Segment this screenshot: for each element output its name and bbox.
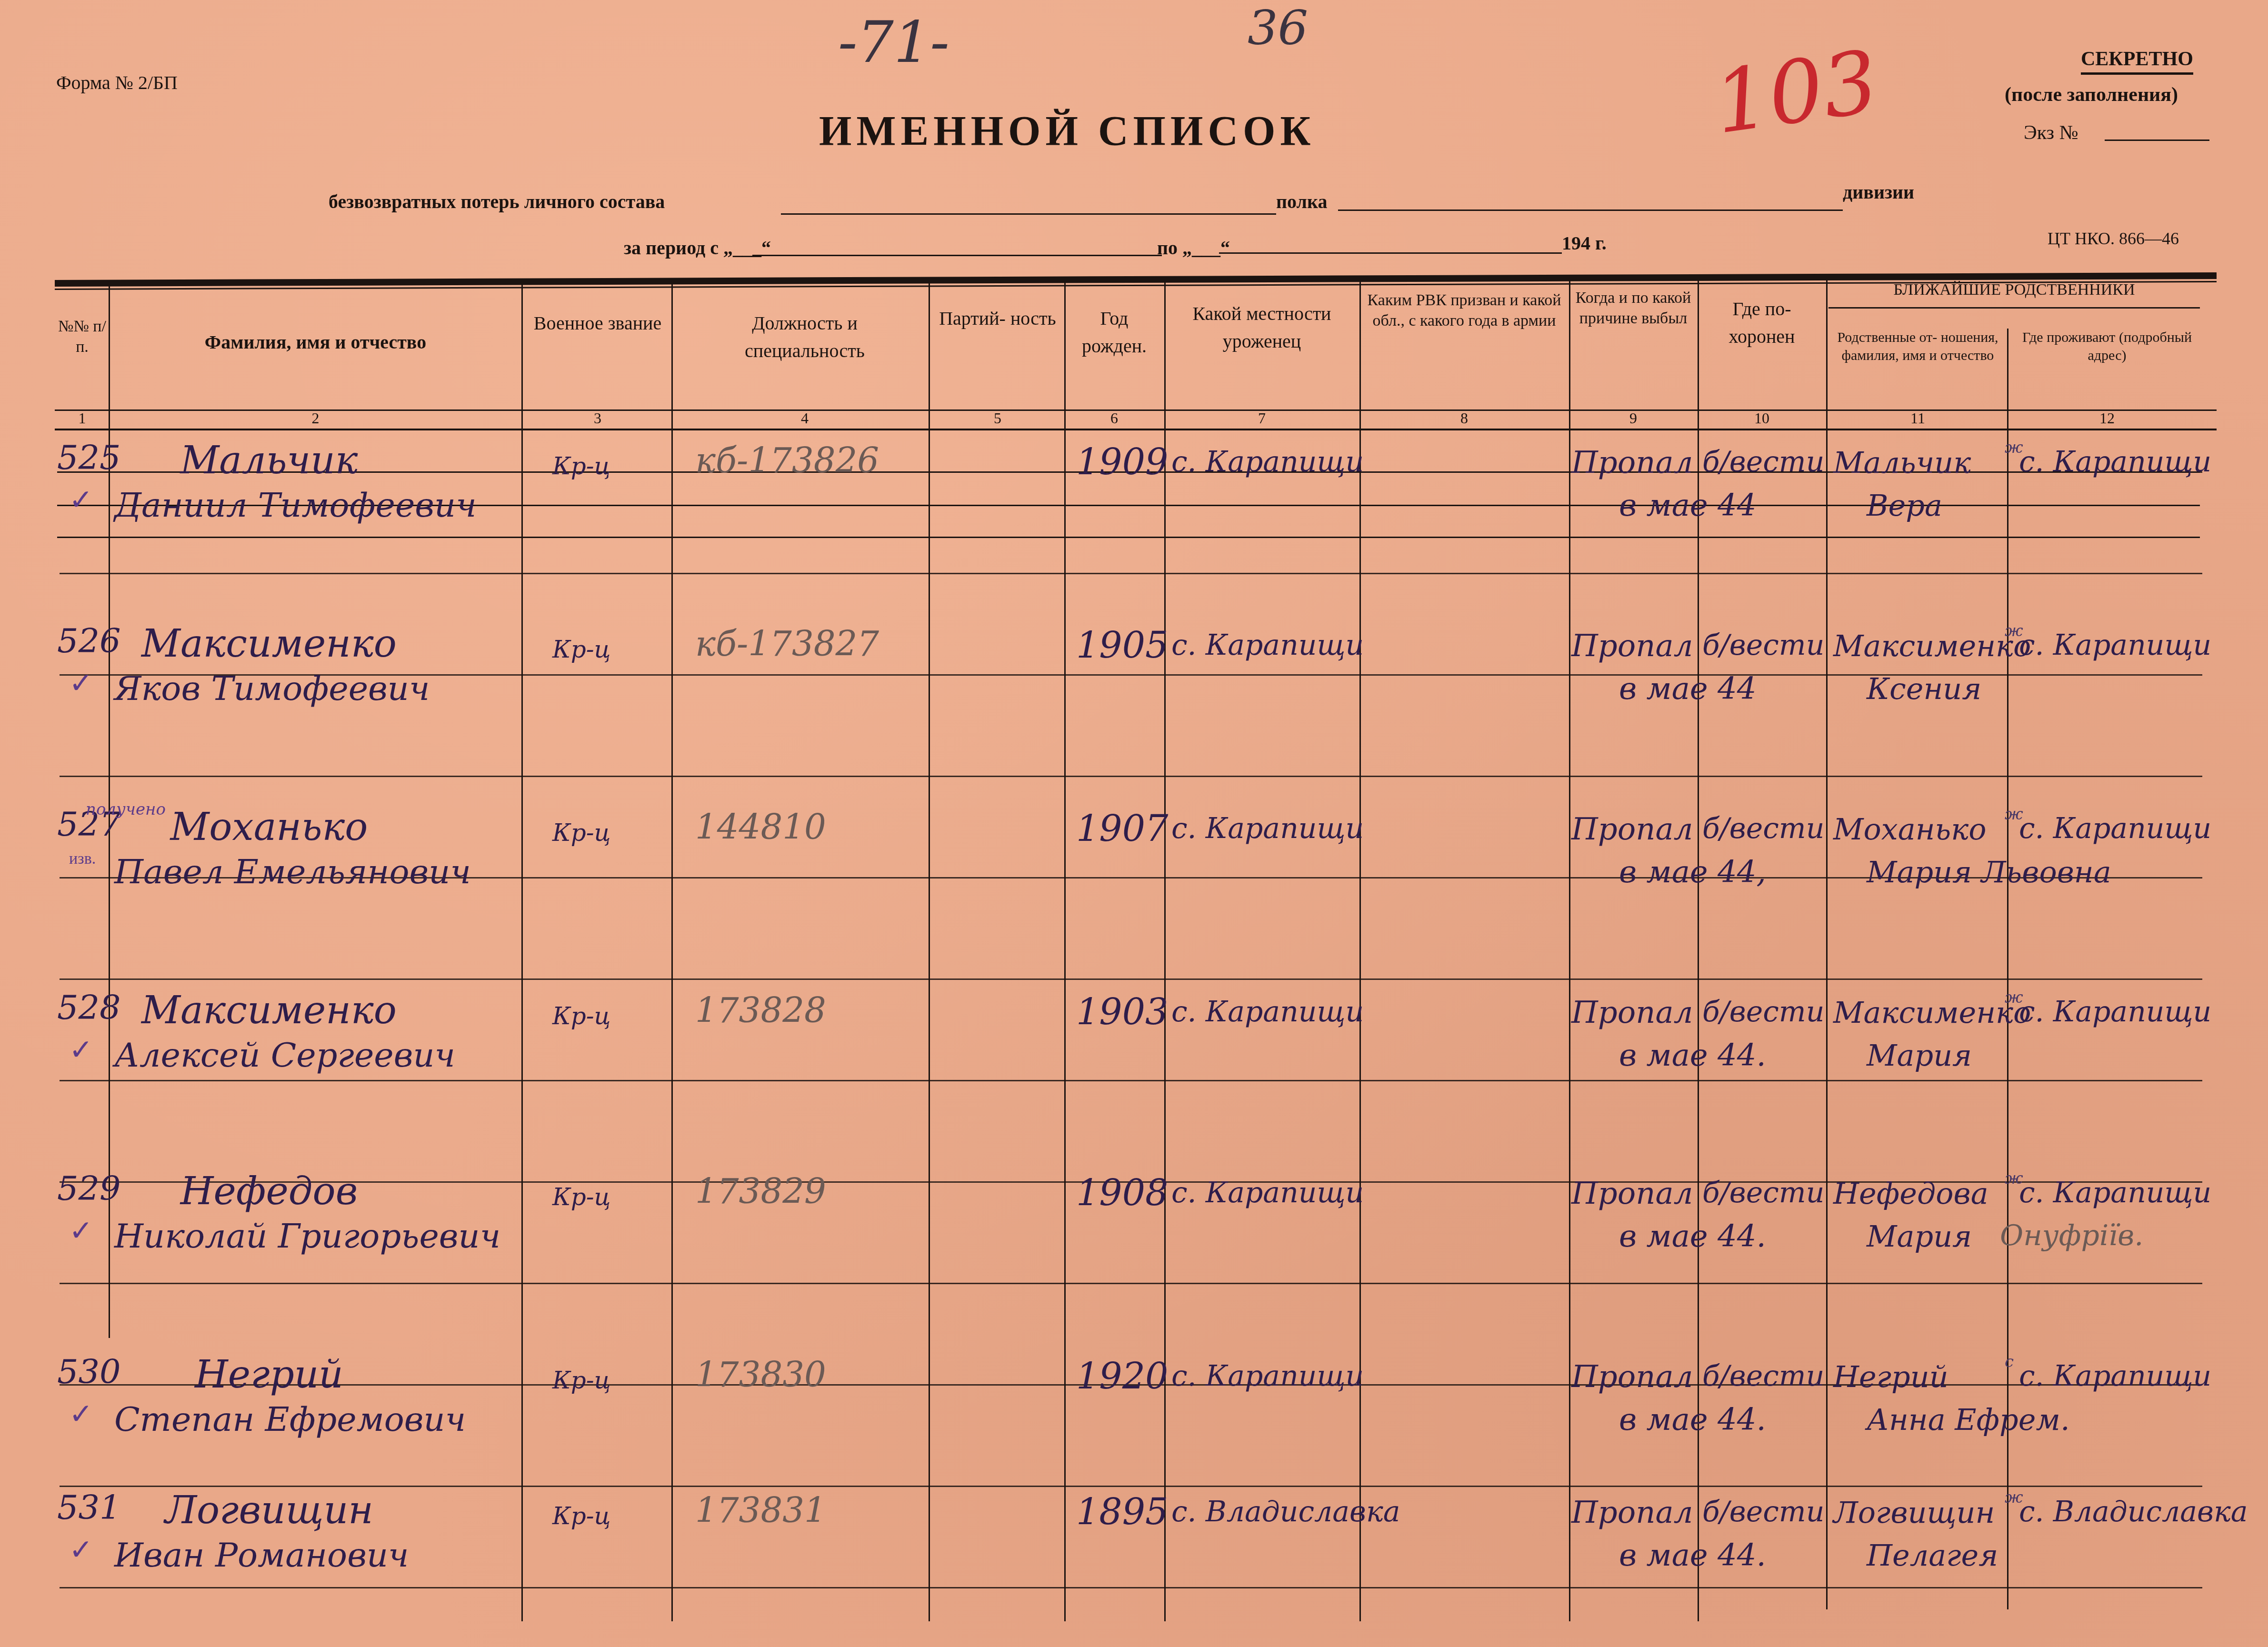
- col-header-name: Фамилия, имя и отчество: [112, 329, 519, 356]
- surname: Логвищин: [114, 1488, 424, 1532]
- relative-name: Мария: [1867, 1219, 1972, 1254]
- relative-address: с. Карапищи: [2019, 1176, 2211, 1209]
- birthplace: с. Карапищи: [1171, 445, 1364, 479]
- when-why-2: в мае 44: [1619, 671, 1756, 707]
- position-number: кб-173827: [695, 624, 879, 664]
- when-why-1: Пропал: [1571, 1359, 1693, 1395]
- col-number: 5: [933, 409, 1062, 427]
- relative-address: с. Карапищи: [2019, 629, 2211, 662]
- relative-name: Мария Львовна: [1867, 855, 2111, 889]
- relative-address: с. Карапищи: [2019, 812, 2211, 845]
- rank: Кр-ц: [552, 636, 611, 663]
- birth-year: 1895: [1076, 1490, 1168, 1533]
- relative-address: с. Карапищи: [2019, 995, 2211, 1028]
- address-extra: Онуфріїв.: [2000, 1219, 2143, 1252]
- row-number: 531: [57, 1488, 121, 1527]
- col-number: 1: [57, 409, 107, 427]
- given-names: Иван Романович: [114, 1536, 409, 1575]
- when-why-1: Пропал: [1571, 445, 1693, 480]
- rank: Кр-ц: [552, 1367, 611, 1394]
- when-why-2: в мае 44.: [1619, 1402, 1766, 1437]
- relative-surname: Мальчик: [1833, 445, 1971, 480]
- row-rule: [60, 1587, 2202, 1588]
- buried: б/вести: [1702, 1495, 1824, 1528]
- when-why-1: Пропал: [1571, 629, 1693, 664]
- colnum-bottom-rule: [55, 429, 2217, 430]
- row-rule: [60, 1283, 2202, 1284]
- check-mark: ✓: [69, 483, 93, 517]
- row-rule: [57, 537, 2200, 538]
- check-mark: ✓: [69, 1033, 93, 1067]
- relative-surname: Максименко: [1833, 995, 2031, 1030]
- col-header-address: Где проживают (подробный адрес): [2012, 329, 2202, 364]
- check-mark: изв.: [69, 850, 96, 868]
- regiment-fill-line: [1338, 210, 1843, 211]
- col-divider: [1826, 276, 1828, 1609]
- relative-surname: Максименко: [1833, 629, 2031, 663]
- when-why-2: в мае 44.: [1619, 1538, 1766, 1573]
- copy-number-label: Экз №: [2024, 121, 2078, 144]
- year-label: 194 г.: [1562, 232, 1607, 254]
- position-number: 173829: [695, 1171, 826, 1211]
- surname: Мальчик: [114, 438, 424, 482]
- col-header-number: №№ п/п.: [57, 317, 107, 357]
- surname: Нефедов: [114, 1169, 424, 1213]
- given-names: Степан Ефремович: [114, 1400, 466, 1439]
- given-names: Даниил Тимофеевич: [114, 486, 477, 525]
- col-divider: [1569, 279, 1570, 1621]
- relative-name: Мария: [1867, 1038, 1972, 1073]
- position-number: кб-173826: [695, 440, 879, 480]
- col-header-relation: Родственные от- ношения, фамилия, имя и …: [1831, 329, 2005, 364]
- relative-surname: Моханько: [1833, 812, 1987, 847]
- birthplace: с. Карапищи: [1171, 1359, 1364, 1393]
- col-header-relatives-group: БЛИЖАЙШИЕ РОДСТВЕННИКИ: [1828, 280, 2200, 300]
- row-rule: [60, 978, 2202, 980]
- buried: б/вести: [1702, 995, 1824, 1028]
- col-header-position: Должность и специальность: [714, 309, 895, 365]
- birthplace: с. Карапищи: [1171, 1176, 1364, 1209]
- rank: Кр-ц: [552, 1183, 611, 1211]
- surname: Максименко: [114, 621, 424, 666]
- birth-year: 1907: [1076, 807, 1168, 849]
- birth-year: 1903: [1076, 990, 1168, 1033]
- position-number: 144810: [695, 807, 826, 847]
- sheet-number: 36: [1248, 0, 1308, 56]
- col-header-when-why: Когда и по какой причине выбыл: [1571, 288, 1695, 329]
- col-divider: [521, 283, 523, 1621]
- row-rule: [60, 776, 2202, 777]
- col-number: 12: [2012, 409, 2202, 427]
- col-header-birth-year: Год рожден.: [1067, 305, 1162, 360]
- row-rule: [60, 1486, 2202, 1487]
- given-names: Павел Емельянович: [114, 852, 471, 891]
- row-rule: [60, 573, 2202, 574]
- birthplace: с. Владиславка: [1171, 1495, 1400, 1528]
- birthplace: с. Карапищи: [1171, 629, 1364, 662]
- col-header-birthplace: Какой местности уроженец: [1171, 300, 1352, 355]
- red-page-number: 103: [1708, 32, 1884, 153]
- row-number: 530: [57, 1352, 121, 1391]
- when-why-1: Пропал: [1571, 812, 1693, 847]
- when-why-2: в мае 44.: [1619, 1038, 1766, 1073]
- rank: Кр-ц: [552, 452, 611, 480]
- check-mark: ✓: [69, 667, 93, 700]
- birth-year: 1909: [1076, 440, 1168, 483]
- position-number: 173830: [695, 1355, 826, 1395]
- rank: Кр-ц: [552, 819, 611, 847]
- when-why-2: в мае 44.: [1619, 1219, 1766, 1254]
- relative-surname: Негрий: [1833, 1359, 1948, 1394]
- relative-address: с. Владиславка: [2019, 1495, 2248, 1528]
- col-number: 2: [112, 409, 519, 427]
- relative-surname: Нефедова: [1833, 1176, 1988, 1211]
- relative-surname: Логвищин: [1833, 1495, 1995, 1530]
- when-why-2: в мае 44: [1619, 488, 1756, 523]
- col-divider: [671, 283, 673, 1621]
- col-number: 10: [1700, 409, 1824, 427]
- relative-name: Пелагея: [1867, 1538, 1998, 1573]
- col-number: 4: [714, 409, 895, 427]
- row-number: 526: [57, 621, 121, 660]
- row-number: 528: [57, 988, 121, 1027]
- col-number: 9: [1571, 409, 1695, 427]
- when-why-2: в мае 44,: [1619, 855, 1766, 890]
- rank: Кр-ц: [552, 1502, 611, 1530]
- col-number: 8: [1364, 409, 1564, 427]
- col-number: 3: [526, 409, 669, 427]
- when-why-1: Пропал: [1571, 995, 1693, 1030]
- division-label: дивизии: [1843, 181, 1914, 203]
- relation-mark: с: [2005, 1352, 2014, 1371]
- buried: б/вести: [1702, 1176, 1824, 1209]
- relative-name: Анна Ефрем.: [1867, 1402, 2070, 1437]
- col-number: 6: [1067, 409, 1162, 427]
- col-number: 11: [1831, 409, 2005, 427]
- birth-year: 1905: [1076, 624, 1168, 666]
- col-header-buried: Где по- хоронен: [1700, 295, 1824, 350]
- form-number: Форма № 2/БП: [56, 71, 178, 94]
- buried: б/вести: [1702, 629, 1824, 662]
- print-code: ЦТ НКО. 866—46: [2048, 229, 2179, 249]
- given-names: Алексей Сергеевич: [114, 1036, 455, 1075]
- given-names: Николай Григорьевич: [114, 1217, 500, 1256]
- note-received: получено: [86, 800, 166, 819]
- col-number: 7: [1171, 409, 1352, 427]
- check-mark: ✓: [69, 1214, 93, 1248]
- row-number: 529: [57, 1169, 121, 1208]
- surname: Максименко: [114, 988, 424, 1032]
- rank: Кр-ц: [552, 1002, 611, 1030]
- col-divider: [929, 283, 930, 1621]
- birthplace: с. Карапищи: [1171, 812, 1364, 845]
- when-why-1: Пропал: [1571, 1495, 1693, 1530]
- relative-name: Вера: [1867, 488, 1942, 523]
- row-number: 525: [57, 438, 121, 477]
- regiment-label: полка: [1276, 190, 1327, 213]
- losses-fill-line: [781, 213, 1276, 215]
- birth-year: 1920: [1076, 1355, 1168, 1397]
- period-to-label: по „___“: [1157, 237, 1230, 259]
- group-header-rule: [1828, 307, 2200, 309]
- period-from-label: за период с „___“: [624, 237, 771, 259]
- relative-address: с. Карапищи: [2019, 1359, 2211, 1393]
- surname: Негрий: [114, 1352, 424, 1397]
- buried: б/вести: [1702, 445, 1824, 479]
- when-why-1: Пропал: [1571, 1176, 1693, 1211]
- col-divider: [1064, 281, 1066, 1621]
- position-number: 173831: [695, 1490, 826, 1530]
- page-title: ИМЕННОЙ СПИСОК: [819, 107, 1315, 155]
- relative-address: с. Карапищи: [2019, 445, 2211, 479]
- archive-page-number: -71-: [838, 10, 949, 76]
- row-rule: [60, 1080, 2202, 1081]
- col-divider: [1359, 279, 1361, 1621]
- col-header-rank: Военное звание: [526, 309, 669, 337]
- col-header-rvk: Каким РВК призван и какой обл., с какого…: [1364, 290, 1564, 331]
- birthplace: с. Карапищи: [1171, 995, 1364, 1028]
- given-names: Яков Тимофеевич: [114, 669, 430, 708]
- birth-year: 1908: [1076, 1171, 1168, 1214]
- secrecy-label: СЕКРЕТНО: [2081, 48, 2193, 75]
- copy-number-field: [2105, 140, 2209, 141]
- check-mark: ✓: [69, 1533, 93, 1567]
- subtitle-losses: безвозвратных потерь личного состава: [329, 190, 665, 213]
- secrecy-note: (после заполнения): [2005, 83, 2178, 106]
- buried: б/вести: [1702, 812, 1824, 845]
- position-number: 173828: [695, 990, 826, 1030]
- check-mark: ✓: [69, 1397, 93, 1431]
- buried: б/вести: [1702, 1359, 1824, 1393]
- period-from-line: [752, 255, 1162, 256]
- period-to-line: [1219, 252, 1562, 254]
- relative-name: Ксения: [1867, 671, 1981, 706]
- col-header-party: Партий- ность: [933, 305, 1062, 332]
